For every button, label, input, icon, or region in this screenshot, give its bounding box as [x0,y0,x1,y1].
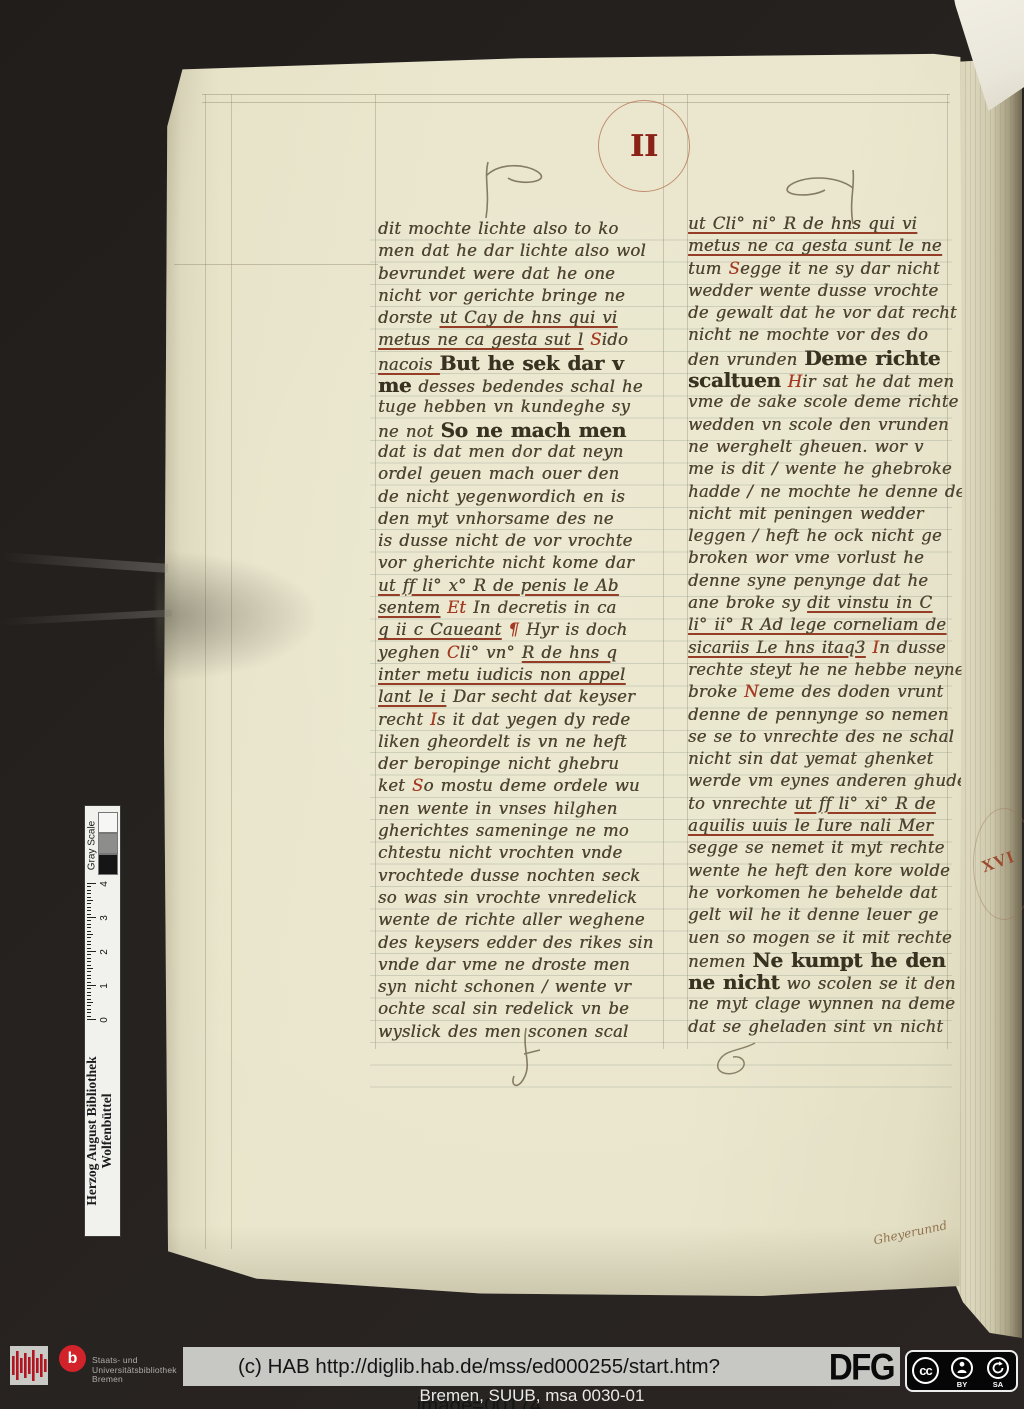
manuscript-line: wyslick des men sconen scal [378,1021,668,1043]
manuscript-line: dorste ut Cay de hns qui vi [378,307,668,329]
suub-soundbars-logo [10,1346,48,1385]
manuscript-line: se se to vnrechte des ne schal [688,726,954,748]
manuscript-line: dat is dat men dor dat neyn [378,441,668,463]
manuscript-line: nicht sin dat yemat ghenket [688,748,954,770]
manuscript-line: sicariis Le hns itaq3 In dusse [688,637,954,659]
ruler-tick [87,897,91,898]
manuscript-line: q ii c Caueant ¶ Hyr is doch [378,619,668,641]
manuscript-line: nen wente in vnses hilghen [378,798,668,820]
manuscript-line: des keysers edder des rikes sin [378,932,668,954]
manuscript-line: hadde / ne mochte he denne des [688,481,954,503]
manuscript-line: den vrunden Deme richte [688,347,954,369]
manuscript-line: ne nicht wo scolen se it den [688,971,954,993]
manuscript-line: liken gheordelt is vn ne heft [378,731,668,753]
ruler-tick [87,999,91,1000]
manuscript-line: scaltuen Hir sat he dat men [688,369,954,391]
text-column-right: ut Cli° ni° R de hns qui vimetus ne ca g… [688,213,954,1038]
manuscript-line: sentem Et In decretis in ca [378,597,668,619]
manuscript-line: der beropinge nicht ghebru [378,753,668,775]
manuscript-line: de nicht yegenwordich en is [378,486,668,508]
ruler-tick [87,910,91,911]
manuscript-line: ut Cli° ni° R de hns qui vi [688,213,954,235]
copyright-text: (c) HAB http://diglib.hab.de/mss/ed00025… [183,1347,900,1386]
manuscript-line: gherichtes sameninge ne mo [378,820,668,842]
ruler-tick [87,995,91,996]
manuscript-line: recht Is it dat yegen dy rede [378,709,668,731]
page-clamp [0,610,172,626]
ruler-tick [87,1009,91,1010]
shelfmark-caption: Bremen, SUUB, msa 0030-01 [312,1386,752,1406]
cc-by-person-icon [951,1357,973,1379]
manuscript-line: ane broke sy dit vinstu in C [688,592,954,614]
ruler-tick [87,1012,91,1013]
ruler-tick [87,958,91,959]
ruler-tick [87,1019,96,1020]
manuscript-line: ochte scal sin redelick vn be [378,998,668,1020]
manuscript-line: metus ne ca gesta sunt le ne [688,235,954,257]
manuscript-line: wente de richte aller weghene [378,909,668,931]
cc-license-badge: cc BY SA [905,1350,1018,1392]
manuscript-line: metus ne ca gesta sut l Sido [378,329,668,351]
ruler-tick [87,1005,91,1006]
cc-sa-arrow-icon [987,1357,1009,1379]
manuscript-line: werde vm eynes anderen ghude [688,770,954,792]
manuscript-line: to vnrechte ut ff li° xi° R de [688,793,954,815]
manuscript-line: broke Neme des doden vrunt [688,681,954,703]
cc-by-label: BY [951,1380,973,1389]
suub-b-logo: b [59,1345,86,1372]
ruler-tick [87,914,91,915]
ruler-tick [87,982,91,983]
manuscript-line: vor gherichte nicht kome dar [378,552,668,574]
manuscript-line: ut ff li° x° R de penis le Ab [378,575,668,597]
ruler-tick [87,975,91,976]
ruler-tick [87,886,91,887]
ruler-tick [87,924,91,925]
manuscript-line: denne syne penynge dat he [688,570,954,592]
manuscript-line: ne werghelt gheuen. wor v [688,436,954,458]
manuscript-line: me desses bedendes schal he [378,374,668,396]
ruler-tick [87,971,91,972]
ruler-tick [87,890,91,891]
manuscript-line: men dat he dar lichte also wol [378,240,668,262]
ruler-number: 1 [99,979,111,993]
ruler-tick [87,1002,93,1003]
manuscript-line: vnde dar vme ne droste men [378,954,668,976]
manuscript-line: de gewalt dat he vor dat recht [688,302,954,324]
ruler-tick [87,931,91,932]
copyright-bar: (c) HAB http://diglib.hab.de/mss/ed00025… [183,1347,900,1386]
manuscript-line: wente he heft den kore wolde [688,860,954,882]
manuscript-line: nicht mit peningen wedder [688,503,954,525]
page-bottom-shade [160,1226,962,1296]
manuscript-line: bevrundet were dat he one [378,263,668,285]
ruling-line [202,94,950,95]
dfg-logo: DFG [829,1346,894,1389]
ruler-tick [87,907,91,908]
reference-ruler: Gray Scale 01234 Herzog August Bibliothe… [84,805,121,1237]
manuscript-line: he vorkomen he behelde dat [688,882,954,904]
ruler-tick [87,978,91,979]
ruler-tick [87,965,91,966]
manuscript-line: nemen Ne kumpt he den [688,949,954,971]
manuscript-line: wedden vn scole den vrunden [688,414,954,436]
ruler-tick [87,951,96,952]
manuscript-line: tum Segge it ne sy dar nicht [688,258,954,280]
manuscript-line: ordel geuen mach ouer den [378,463,668,485]
manuscript-line: so was sin vrochte vnredelick [378,887,668,909]
ruler-tick [87,968,93,969]
manuscript-line: nicht ne mochte vor des do [688,324,954,346]
ruler-tick [87,937,91,938]
ruler-tick [87,948,91,949]
manuscript-line: yeghen Cli° vn° R de hns q [378,642,668,664]
manuscript-line: lant le i Dar secht dat keyser [378,686,668,708]
ruler-tick [87,917,96,918]
ruler-tick [87,941,91,942]
ruler-tick [87,893,91,894]
library-name-block: Staats- und Universitätsbibliothek Breme… [92,1356,177,1385]
ruler-tick [87,900,93,901]
manuscript-line: den myt vnhorsame des ne [378,508,668,530]
manuscript-line: tuge hebben vn kundeghe sy [378,396,668,418]
manuscript-line: dit mochte lichte also to ko [378,218,668,240]
ruler-tick [87,883,96,884]
manuscript-line: leggen / heft he ock nicht ge [688,525,954,547]
text-column-left: dit mochte lichte also to komen dat he d… [378,218,668,1043]
ruler-number: 0 [99,1013,111,1027]
page-clamp [0,552,168,573]
ruling-line [202,102,950,103]
manuscript-line: denne de pennynge so nemen [688,704,954,726]
manuscript-line: nacois But he sek dar v [378,352,668,374]
ruler-tick [87,954,91,955]
ruler-tick [87,944,91,945]
manuscript-line: gelt wil he it denne leuer ge [688,904,954,926]
ruler-tick [87,985,96,986]
ruler-number: 4 [99,877,111,891]
ruler-tick [87,927,91,928]
ruler-tick [87,988,91,989]
cc-sa-label: SA [987,1380,1009,1389]
manuscript-line: li° ii° R Ad lege corneliam de [688,614,954,636]
manuscript-line: syn nicht schonen / wente vr [378,976,668,998]
folio-number-circle: II [598,100,690,192]
manuscript-line: aquilis uuis le Iure nali Mer [688,815,954,837]
manuscript-line: nicht vor gerichte bringe ne [378,285,668,307]
manuscript-line: ne not So ne mach men [378,419,668,441]
ruler-number: 2 [99,945,111,959]
manuscript-line: rechte steyt he ne hebbe neyne [688,659,954,681]
cc-icon: cc [912,1357,939,1384]
manuscript-line: uen so mogen se it mit rechte [688,927,954,949]
library-name-label: Herzog August Bibliothek Wolfenbüttel [84,1035,118,1227]
page-clamp-shadow [156,552,316,680]
manuscript-line: me is dit / wente he ghebroke [688,458,954,480]
manuscript-line: is dusse nicht de vor vrochte [378,530,668,552]
manuscript-line: ket So mostu deme ordele wu [378,775,668,797]
ruler-tick [87,920,91,921]
manuscript-line: broken wor vme vorlust he [688,547,954,569]
ruler-tick [87,992,91,993]
ruler-tick [87,961,91,962]
manuscript-line: inter metu iudicis non appel [378,664,668,686]
ruler-tick [87,1016,91,1017]
folio-number-label: II [630,129,658,164]
manuscript-line: wedder wente dusse vrochte [688,280,954,302]
manuscript-line: vrochtede dusse nochten seck [378,865,668,887]
manuscript-line: vme de sake scole deme richte [688,391,954,413]
manuscript-line: ne myt clage wynnen na deme [688,993,954,1015]
manuscript-line: chtestu nicht vrochten vnde [378,842,668,864]
ruler-tick [87,934,93,935]
manuscript-line: dat se gheladen sint vn nicht [688,1016,954,1038]
ruler-tick [87,903,91,904]
ruler-number: 3 [99,911,111,925]
manuscript-line: segge se nemet it myt rechte [688,837,954,859]
manuscript-scan-viewer: XVI II dit mochte lic [0,0,1024,1409]
